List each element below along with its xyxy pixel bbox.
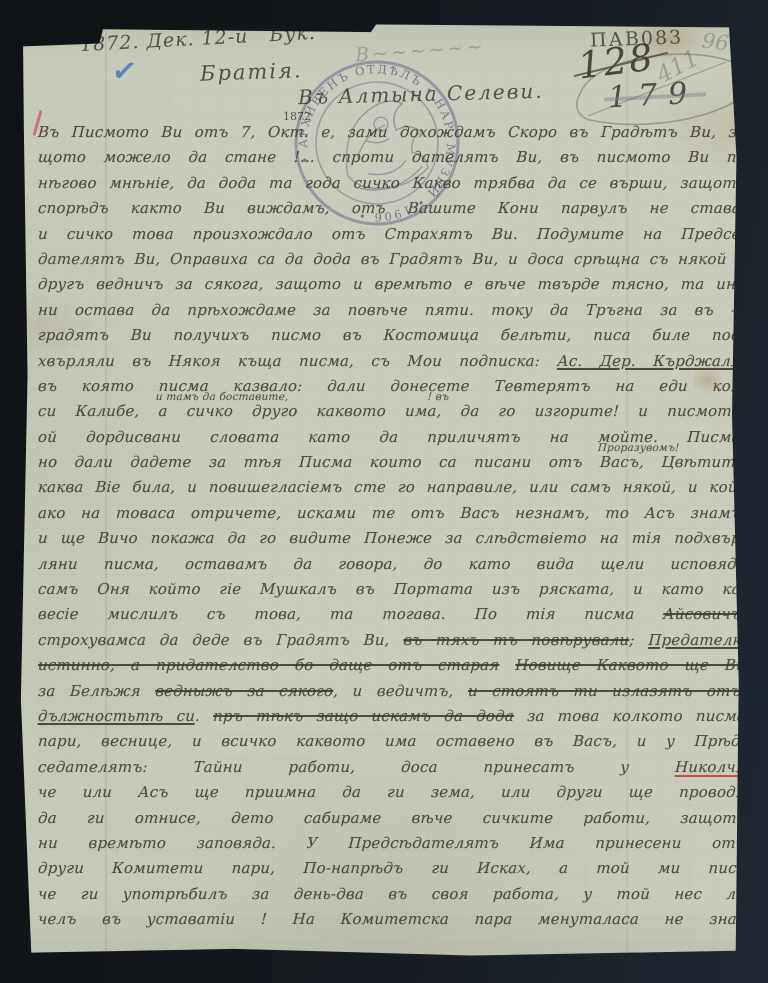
handwritten-line: дателятъ Ви, Оправиха са да дода въ Град…: [37, 247, 746, 272]
handwritten-line: челъ въ уставатіи ! На Комитетска пара м…: [37, 907, 746, 932]
handwritten-line: хвърляли въ Някоя къща писма, съ Мои под…: [37, 349, 746, 374]
handwritten-line: самъ Оня който гіе Мушкалъ въ Портата из…: [37, 577, 746, 602]
red-margin-dot: [13, 870, 19, 880]
handwritten-line: и сичко това произхождало отъ Страхятъ В…: [37, 222, 746, 247]
salutation-bratia: Братія.: [200, 58, 303, 86]
letter-body: Въ Писмото Ви отъ 7, Окт. е, зами дохожд…: [38, 120, 746, 933]
handwritten-line: другъ ведничъ за сякога, защото и времѣт…: [37, 272, 746, 297]
handwritten-line: си Калибе, а сичко друго каквото има, да…: [37, 399, 746, 424]
pencil-scribble: В~~~~~~: [354, 35, 486, 66]
handwritten-line: и ще Вичо покажа да го видите Понеже за …: [37, 526, 746, 551]
handwritten-line: градятъ Ви получихъ писмо въ Костомица б…: [37, 323, 746, 348]
handwritten-line: но дали дадете за тѣя Писма които са пис…: [37, 450, 746, 475]
handwritten-line: истинно, а придателство бо даще отъ стар…: [37, 653, 746, 678]
handwritten-line: дължностьтѣ си. пръ тѣкъ защо искамъ да …: [37, 704, 746, 729]
handwritten-line: да ги отнисе, дето сабираме вѣче сичките…: [37, 806, 746, 831]
date-line: 1872. Дек. 12-й Бук.: [80, 22, 317, 56]
address-line: Въ Алтына Селеви.: [298, 79, 544, 109]
blue-check-mark-icon: ✓: [110, 52, 140, 90]
handwritten-line: ляни писма, оставамъ да говора, до като …: [37, 552, 746, 577]
handwritten-line: ни времѣто заповяда. У Предсѣдателятъ Им…: [37, 831, 746, 856]
handwritten-line: ако на товаса отричете, исками те отъ Ва…: [37, 501, 746, 526]
faint-number-2: 2.: [733, 49, 750, 69]
handwritten-line: други Комитети пари, По-напрѣдъ ги Исках…: [37, 856, 746, 881]
handwritten-line: весіе мислилъ съ това, та тогава. По тія…: [37, 602, 746, 627]
handwritten-line: каква Віе била, и повишегласіемъ сте го …: [37, 475, 746, 500]
handwritten-line: спорѣдъ както Ви виждамъ, отъ Вашите Кон…: [37, 196, 746, 221]
handwritten-line: че или Асъ ще приимна да ги зема, или др…: [37, 780, 746, 805]
manuscript-page: 1872. Дек. 12-й Бук. ✓ 1872 Братія. В~~~…: [12, 14, 752, 966]
handwritten-line: пари, веснице, и всичко каквото има оста…: [37, 729, 746, 754]
handwritten-line: за Белѣжя ведныжъ за сякого, и ведичтъ, …: [37, 679, 746, 704]
handwritten-line: Въ Писмото Ви отъ 7, Окт. е, зами дохожд…: [37, 120, 746, 145]
handwritten-line: строхувамса да деде въ Градятъ Ви, въ тя…: [37, 628, 746, 653]
handwritten-line: ни остава да прѣхождаме за повѣче пяти. …: [37, 298, 746, 323]
handwritten-line: че ги употрѣбилъ за день-два въ своя раб…: [37, 882, 746, 907]
scanned-document-view: { "palette": { "background": "#14181d", …: [0, 0, 768, 983]
handwritten-line: щото можело да стане !... спроти дателят…: [37, 145, 746, 170]
handwritten-line: нѣгово мнѣніе, да дода та года сичко Как…: [37, 171, 746, 196]
handwritten-line: седателятъ: Тайни работи, доса принесатъ…: [37, 755, 746, 780]
